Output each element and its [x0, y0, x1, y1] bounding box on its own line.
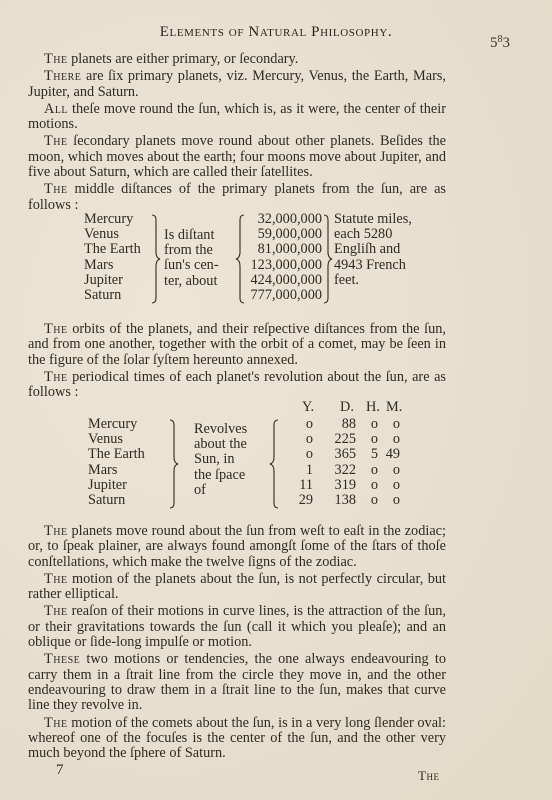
right-brace-icon	[322, 212, 334, 306]
unit-note: Statute miles,	[334, 212, 412, 227]
unit-note: each 5280	[334, 227, 412, 242]
paragraph-text: planets move round about the ſun from we…	[28, 523, 446, 570]
hours-value: o	[371, 432, 378, 447]
paragraph: The motion of the planets about the ſun,…	[28, 572, 446, 603]
minutes-value: o	[393, 463, 400, 478]
lead-word: The	[44, 523, 68, 539]
years-value: o	[306, 432, 313, 447]
connector-text: the ſpace	[194, 468, 247, 483]
paragraph-text: motion of the planets about the ſun, is …	[28, 571, 446, 602]
years-value: 29	[299, 493, 313, 508]
planet-name: Mars	[84, 258, 141, 273]
paragraph: The motion of the comets about the ſun, …	[28, 716, 446, 762]
paragraph-text: periodical times of each planet's revolu…	[28, 369, 446, 400]
distance-value: 424,000,000	[234, 273, 322, 288]
period-row: o 88 o o	[288, 417, 428, 432]
paragraph-text: theſe move round the ſun, which is, as i…	[28, 101, 446, 132]
days-value: 319	[335, 478, 356, 493]
paragraph: The planets are either primary, or ſecon…	[28, 52, 446, 67]
years-value: o	[306, 447, 313, 462]
distances-table: Mercury Venus The Earth Mars Jupiter Sat…	[84, 212, 424, 306]
connector-text: ſun's cen-	[164, 258, 219, 273]
motion-paragraphs: The planets move round about the ſun fro…	[28, 524, 446, 763]
period-values: o 88 o o o 225 o o o 365 5 49 1 322 o	[288, 417, 428, 508]
book-page: Elements of Natural Philosophy. 583 The …	[0, 0, 552, 800]
lead-word: The	[44, 51, 68, 67]
planet-name: Saturn	[84, 288, 141, 303]
planet-name: Mars	[88, 463, 145, 478]
planet-name: Venus	[84, 227, 141, 242]
connector-text: Is diſtant	[164, 228, 219, 243]
paragraph-text: planets are either primary, or ſecondary…	[68, 51, 299, 67]
header-days: D.	[340, 400, 354, 415]
connector-text: ter, about	[164, 274, 219, 289]
paragraph: These two motions or tendencies, the one…	[28, 652, 446, 713]
paragraph-text: middle diſtances of the primary planets …	[28, 181, 446, 212]
hours-value: o	[371, 417, 378, 432]
catchword: The	[418, 768, 439, 784]
lead-word: All	[44, 101, 68, 117]
unit-note: 4943 French	[334, 258, 412, 273]
connector-text: Revolves	[194, 422, 247, 437]
days-value: 138	[335, 493, 356, 508]
planet-name: Venus	[88, 432, 145, 447]
paragraph: The middle diſtances of the primary plan…	[28, 182, 446, 213]
days-value: 365	[335, 447, 356, 462]
distance-value: 59,000,000	[234, 227, 322, 242]
signature-mark: 7	[56, 762, 64, 779]
years-value: 1	[306, 463, 313, 478]
planet-column: Mercury Venus The Earth Mars Jupiter Sat…	[84, 212, 141, 303]
period-row: o 365 5 49	[288, 447, 428, 462]
distance-value: 81,000,000	[234, 242, 322, 257]
years-value: o	[306, 417, 313, 432]
lead-word: The	[44, 571, 68, 587]
paragraph: There are ſix primary planets, viz. Merc…	[28, 69, 446, 100]
page-number-digit: 5	[490, 35, 498, 51]
page-number: 583	[490, 34, 510, 52]
paragraph-text: ſecondary planets move round about other…	[28, 133, 446, 180]
hours-value: o	[371, 463, 378, 478]
connector-text: about the	[194, 437, 247, 452]
distance-value: 123,000,000	[234, 258, 322, 273]
hours-value: o	[371, 493, 378, 508]
minutes-value: o	[393, 417, 400, 432]
paragraph: The ſecondary planets move round about o…	[28, 134, 446, 180]
distance-value: 777,000,000	[234, 288, 322, 303]
page-number-digit: 3	[503, 35, 511, 51]
running-title: Elements of Natural Philosophy.	[0, 24, 552, 41]
period-row: 1 322 o o	[288, 463, 428, 478]
distance-connector-column: Is diſtant from the ſun's cen- ter, abou…	[164, 228, 219, 289]
lead-word: The	[44, 715, 68, 731]
paragraph-text: motion of the comets about the ſun, is i…	[28, 715, 446, 762]
planet-column: Mercury Venus The Earth Mars Jupiter Sat…	[88, 417, 145, 508]
connector-text: Sun, in	[194, 452, 247, 467]
minutes-value: 49	[386, 447, 400, 462]
hours-value: o	[371, 478, 378, 493]
period-row: 11 319 o o	[288, 478, 428, 493]
paragraph: The reaſon of their motions in curve lin…	[28, 604, 446, 650]
paragraph: The orbits of the planets, and their reſ…	[28, 322, 446, 368]
planet-name: The Earth	[88, 447, 145, 462]
distance-values-column: 32,000,000 59,000,000 81,000,000 123,000…	[234, 212, 322, 303]
period-row: 29 138 o o	[288, 493, 428, 508]
lead-word: The	[44, 369, 68, 385]
header-minutes: M.	[386, 400, 402, 415]
lead-word: The	[44, 181, 68, 197]
minutes-value: o	[393, 478, 400, 493]
unit-note: Engliſh and	[334, 242, 412, 257]
left-brace-icon	[268, 417, 280, 511]
paragraph-text: orbits of the planets, and their reſpect…	[28, 321, 446, 368]
minutes-value: o	[393, 493, 400, 508]
planet-name: Mercury	[84, 212, 141, 227]
header-hours: H.	[366, 400, 380, 415]
lead-word: The	[44, 321, 68, 337]
days-value: 322	[335, 463, 356, 478]
orbits-paragraphs: The orbits of the planets, and their reſ…	[28, 322, 446, 402]
period-connector-column: Revolves about the Sun, in the ſpace of	[194, 422, 247, 498]
minutes-value: o	[393, 432, 400, 447]
lead-word: The	[44, 603, 68, 619]
lead-word: These	[44, 651, 80, 667]
period-row: o 225 o o	[288, 432, 428, 447]
paragraph-text: reaſon of their motions in curve lines, …	[28, 603, 446, 650]
planet-name: The Earth	[84, 242, 141, 257]
planet-name: Jupiter	[84, 273, 141, 288]
lead-word: The	[44, 133, 68, 149]
intro-paragraphs: The planets are either primary, or ſecon…	[28, 52, 446, 215]
paragraph: All theſe move round the ſun, which is, …	[28, 102, 446, 133]
lead-word: There	[44, 68, 81, 84]
days-value: 88	[342, 417, 356, 432]
distance-value: 32,000,000	[234, 212, 322, 227]
connector-text: from the	[164, 243, 219, 258]
days-value: 225	[335, 432, 356, 447]
right-brace-icon	[168, 417, 180, 511]
hours-value: 5	[371, 447, 378, 462]
unit-note-column: Statute miles, each 5280 Engliſh and 494…	[334, 212, 412, 288]
paragraph: The planets move round about the ſun fro…	[28, 524, 446, 570]
planet-name: Mercury	[88, 417, 145, 432]
connector-text: of	[194, 483, 247, 498]
planet-name: Saturn	[88, 493, 145, 508]
planet-name: Jupiter	[88, 478, 145, 493]
unit-note: feet.	[334, 273, 412, 288]
paragraph-text: are ſix primary planets, viz. Mercury, V…	[28, 68, 446, 99]
paragraph: The periodical times of each planet's re…	[28, 370, 446, 401]
paragraph-text: two motions or tendencies, the one alway…	[28, 651, 446, 713]
right-brace-icon	[150, 212, 162, 306]
periods-table: Y. D. H. M. Mercury Venus The Earth Mars…	[88, 400, 428, 510]
header-years: Y.	[302, 400, 314, 415]
years-value: 11	[299, 478, 313, 493]
